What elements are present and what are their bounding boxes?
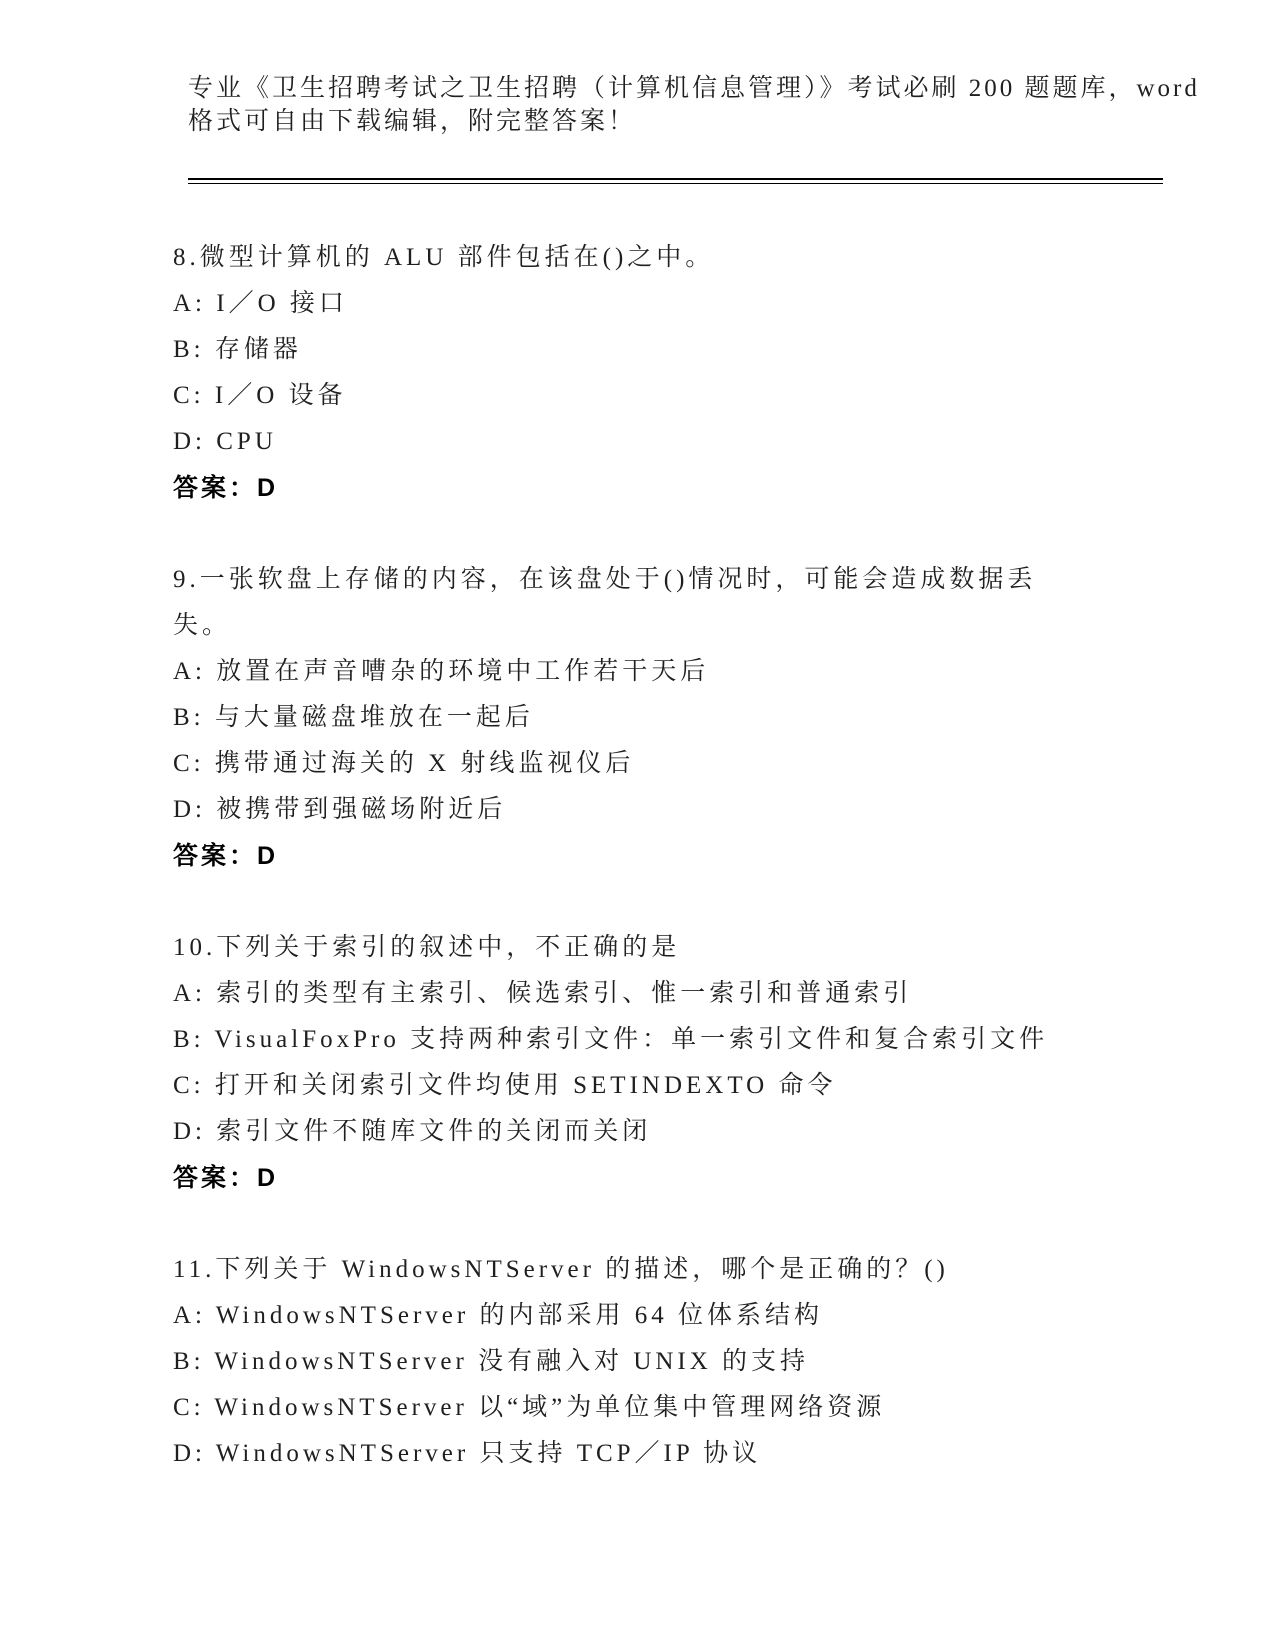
question-10-option-d: D: 索引文件不随库文件的关闭而关闭: [173, 1109, 1138, 1155]
document-page: 专业《卫生招聘考试之卫生招聘（计算机信息管理）》考试必刷 200 题题库，wor…: [0, 0, 1275, 1650]
question-10-option-a: A: 索引的类型有主索引、候选索引、惟一索引和普通索引: [173, 971, 1138, 1017]
question-block-8: 8.微型计算机的 ALU 部件包括在()之中。 A: I／O 接口 B: 存储器…: [173, 235, 1138, 511]
header-line-1: 专业《卫生招聘考试之卫生招聘（计算机信息管理）》考试必刷 200 题题库，wor…: [188, 72, 1178, 105]
question-11-option-d: D: WindowsNTServer 只支持 TCP／IP 协议: [173, 1431, 1138, 1477]
question-9-title-continued: 失。: [173, 603, 1138, 649]
question-8-title: 8.微型计算机的 ALU 部件包括在()之中。: [173, 235, 1138, 281]
document-header: 专业《卫生招聘考试之卫生招聘（计算机信息管理）》考试必刷 200 题题库，wor…: [188, 72, 1178, 138]
question-9-option-a: A: 放置在声音嘈杂的环境中工作若干天后: [173, 649, 1138, 695]
header-separator: [188, 178, 1163, 184]
question-9-option-b: B: 与大量磁盘堆放在一起后: [173, 695, 1138, 741]
question-9-answer: 答案：D: [173, 833, 1138, 879]
question-9-title: 9.一张软盘上存储的内容，在该盘处于()情况时，可能会造成数据丢: [173, 557, 1138, 603]
question-11-option-b: B: WindowsNTServer 没有融入对 UNIX 的支持: [173, 1339, 1138, 1385]
question-10-title: 10.下列关于索引的叙述中，不正确的是: [173, 925, 1138, 971]
question-11-title: 11.下列关于 WindowsNTServer 的描述，哪个是正确的？(): [173, 1247, 1138, 1293]
question-block-9: 9.一张软盘上存储的内容，在该盘处于()情况时，可能会造成数据丢 失。 A: 放…: [173, 557, 1138, 879]
question-8-option-a: A: I／O 接口: [173, 281, 1138, 327]
question-8-answer: 答案：D: [173, 465, 1138, 511]
question-10-option-b: B: VisualFoxPro 支持两种索引文件：单一索引文件和复合索引文件: [173, 1017, 1138, 1063]
question-9-option-d: D: 被携带到强磁场附近后: [173, 787, 1138, 833]
header-line-2: 格式可自由下载编辑，附完整答案！: [188, 105, 1178, 138]
question-9-option-c: C: 携带通过海关的 X 射线监视仪后: [173, 741, 1138, 787]
question-11-option-a: A: WindowsNTServer 的内部采用 64 位体系结构: [173, 1293, 1138, 1339]
question-8-option-b: B: 存储器: [173, 327, 1138, 373]
question-8-option-d: D: CPU: [173, 419, 1138, 465]
question-8-option-c: C: I／O 设备: [173, 373, 1138, 419]
question-10-option-c: C: 打开和关闭索引文件均使用 SETINDEXTO 命令: [173, 1063, 1138, 1109]
separator-line-top: [188, 178, 1163, 180]
question-block-11: 11.下列关于 WindowsNTServer 的描述，哪个是正确的？() A:…: [173, 1247, 1138, 1477]
questions-list: 8.微型计算机的 ALU 部件包括在()之中。 A: I／O 接口 B: 存储器…: [173, 235, 1138, 1477]
separator-line-bottom: [188, 183, 1163, 184]
question-11-option-c: C: WindowsNTServer 以“域”为单位集中管理网络资源: [173, 1385, 1138, 1431]
question-block-10: 10.下列关于索引的叙述中，不正确的是 A: 索引的类型有主索引、候选索引、惟一…: [173, 925, 1138, 1201]
question-10-answer: 答案：D: [173, 1155, 1138, 1201]
